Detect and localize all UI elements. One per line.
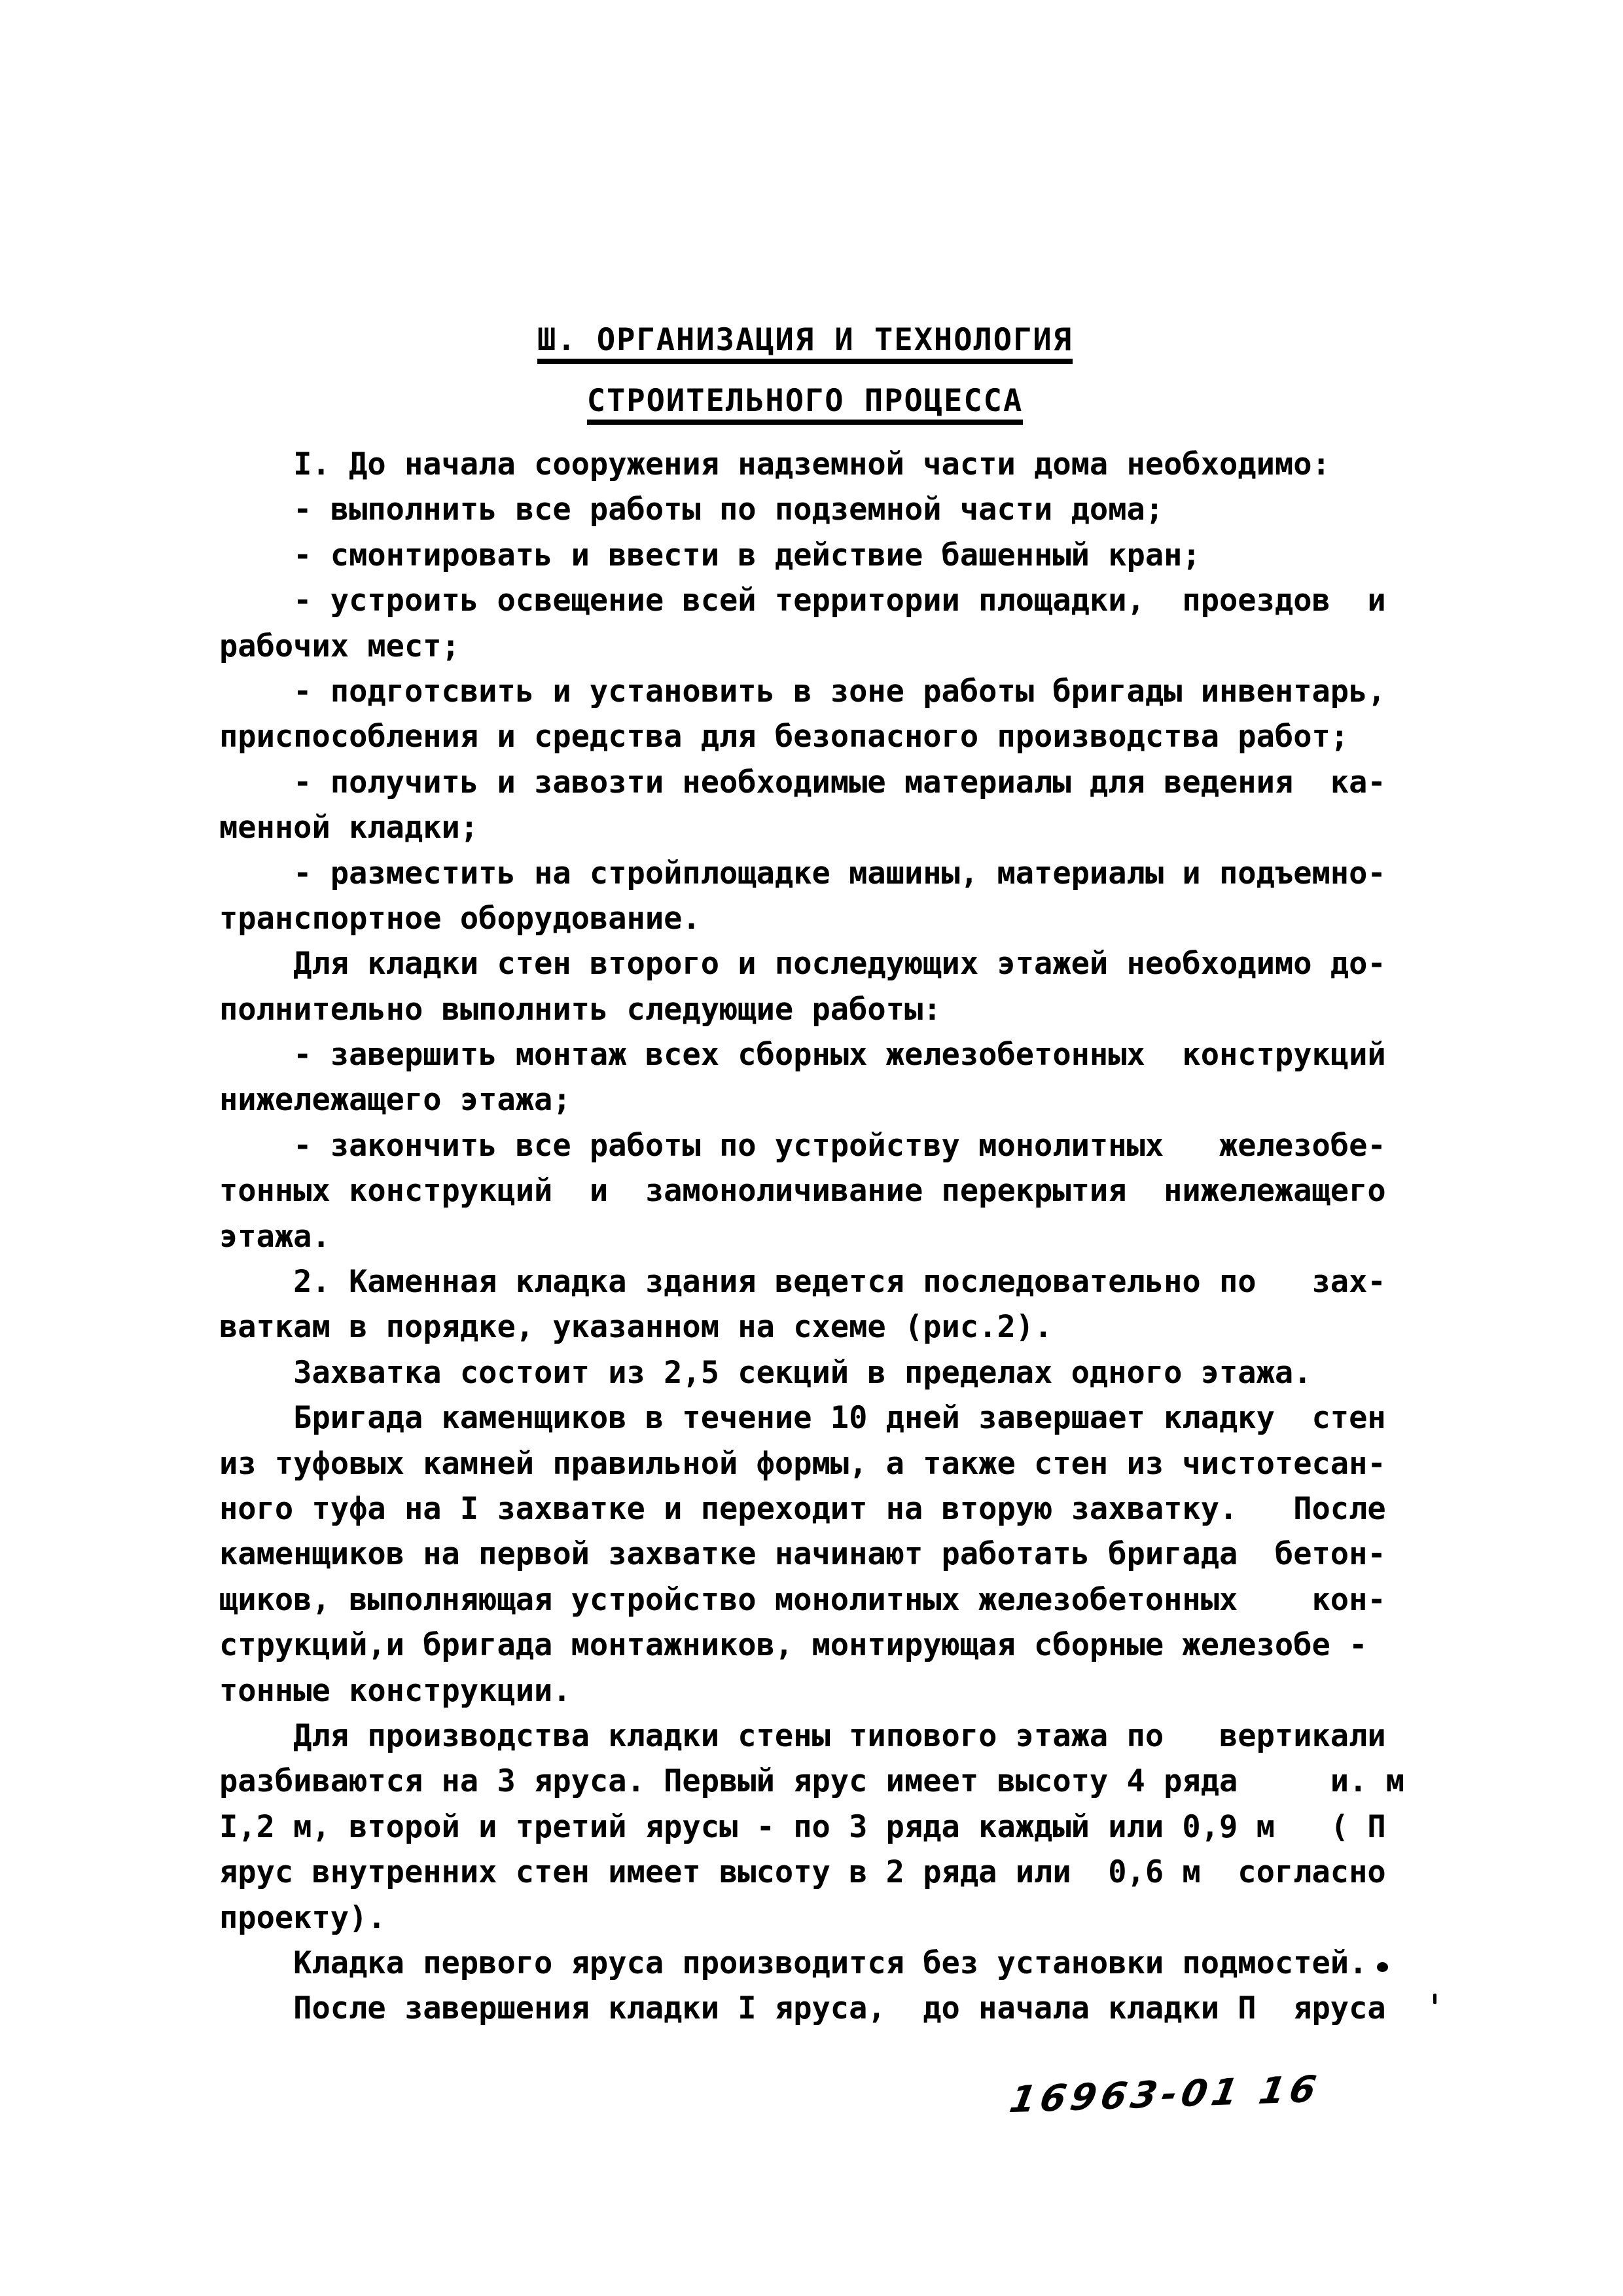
text-line: СТРОИТЕЛЬНОГО ПРОЦЕССА bbox=[219, 383, 1391, 444]
text-line: тонных конструкций и замоноличивание пер… bbox=[219, 1168, 1436, 1213]
underlined-title-text: Ш. ОРГАНИЗАЦИЯ И ТЕХНОЛОГИЯ bbox=[537, 325, 1073, 364]
text-line: 2. Каменная кладка здания ведется послед… bbox=[219, 1259, 1436, 1304]
document-page: Ш. ОРГАНИЗАЦИЯ И ТЕХНОЛОГИЯСТРОИТЕЛЬНОГО… bbox=[0, 0, 1623, 2296]
text-line: - закончить все работы по устройству мон… bbox=[219, 1123, 1436, 1168]
text-line: - разместить на стройплощадке машины, ма… bbox=[219, 851, 1436, 896]
text-line: - завершить монтаж всех сборных железобе… bbox=[219, 1032, 1436, 1077]
text-line: - подготсвить и установить в зоне работы… bbox=[219, 669, 1436, 714]
text-line: транспортное оборудование. bbox=[219, 896, 1436, 941]
text-line: - устроить освещение всей территории пло… bbox=[219, 578, 1436, 623]
scan-speck bbox=[1377, 1962, 1388, 1972]
text-line: Кладка первого яруса производится без ус… bbox=[219, 1941, 1436, 1986]
handwritten-document-number: 16963-01 16 bbox=[1007, 2068, 1324, 2121]
text-line: струкций,и бригада монтажников, монтирую… bbox=[219, 1623, 1436, 1668]
text-line: разбиваются на 3 яруса. Первый ярус имее… bbox=[219, 1759, 1436, 1804]
text-line: I. До начала сооружения надземной части … bbox=[219, 442, 1436, 487]
text-line: из туфовых камней правильной формы, а та… bbox=[219, 1441, 1436, 1486]
text-line: Захватка состоит из 2,5 секций в предела… bbox=[219, 1350, 1436, 1395]
text-line: приспособления и средства для безопасног… bbox=[219, 714, 1436, 759]
text-line: - выполнить все работы по подземной част… bbox=[219, 487, 1436, 532]
text-line: Для кладки стен второго и последующих эт… bbox=[219, 941, 1436, 986]
text-line: этажа. bbox=[219, 1214, 1436, 1259]
text-line: нижележащего этажа; bbox=[219, 1077, 1436, 1122]
underlined-title-text: СТРОИТЕЛЬНОГО ПРОЦЕССА bbox=[587, 386, 1024, 425]
text-line: проекту). bbox=[219, 1895, 1436, 1941]
text-line: полнительно выполнить следующие работы: bbox=[219, 987, 1436, 1032]
text-line: - получить и завозти необходимые материа… bbox=[219, 760, 1436, 805]
text-line: менной кладки; bbox=[219, 805, 1436, 850]
text-line: После завершения кладки I яруса, до нача… bbox=[219, 1986, 1436, 2031]
text-line: рабочих мест; bbox=[219, 624, 1436, 669]
text-line: тонные конструкции. bbox=[219, 1668, 1436, 1713]
section-title: Ш. ОРГАНИЗАЦИЯ И ТЕХНОЛОГИЯСТРОИТЕЛЬНОГО… bbox=[219, 322, 1391, 444]
text-line: Бригада каменщиков в течение 10 дней зав… bbox=[219, 1395, 1436, 1441]
text-line: - смонтировать и ввести в действие башен… bbox=[219, 533, 1436, 578]
scan-speck bbox=[1433, 1994, 1436, 2004]
text-line: ярус внутренних стен имеет высоту в 2 ря… bbox=[219, 1850, 1436, 1895]
text-line: ного туфа на I захватке и переходит на в… bbox=[219, 1486, 1436, 1532]
text-line: Ш. ОРГАНИЗАЦИЯ И ТЕХНОЛОГИЯ bbox=[219, 322, 1391, 383]
text-line: каменщиков на первой захватке начинают р… bbox=[219, 1532, 1436, 1577]
text-line: I,2 м, второй и третий ярусы - по 3 ряда… bbox=[219, 1804, 1436, 1850]
text-line: ваткам в порядке, указанном на схеме (ри… bbox=[219, 1304, 1436, 1350]
text-line: Для производства кладки стены типового э… bbox=[219, 1713, 1436, 1759]
text-line: щиков, выполняющая устройство монолитных… bbox=[219, 1577, 1436, 1623]
body-text: I. До начала сооружения надземной части … bbox=[219, 442, 1436, 2032]
